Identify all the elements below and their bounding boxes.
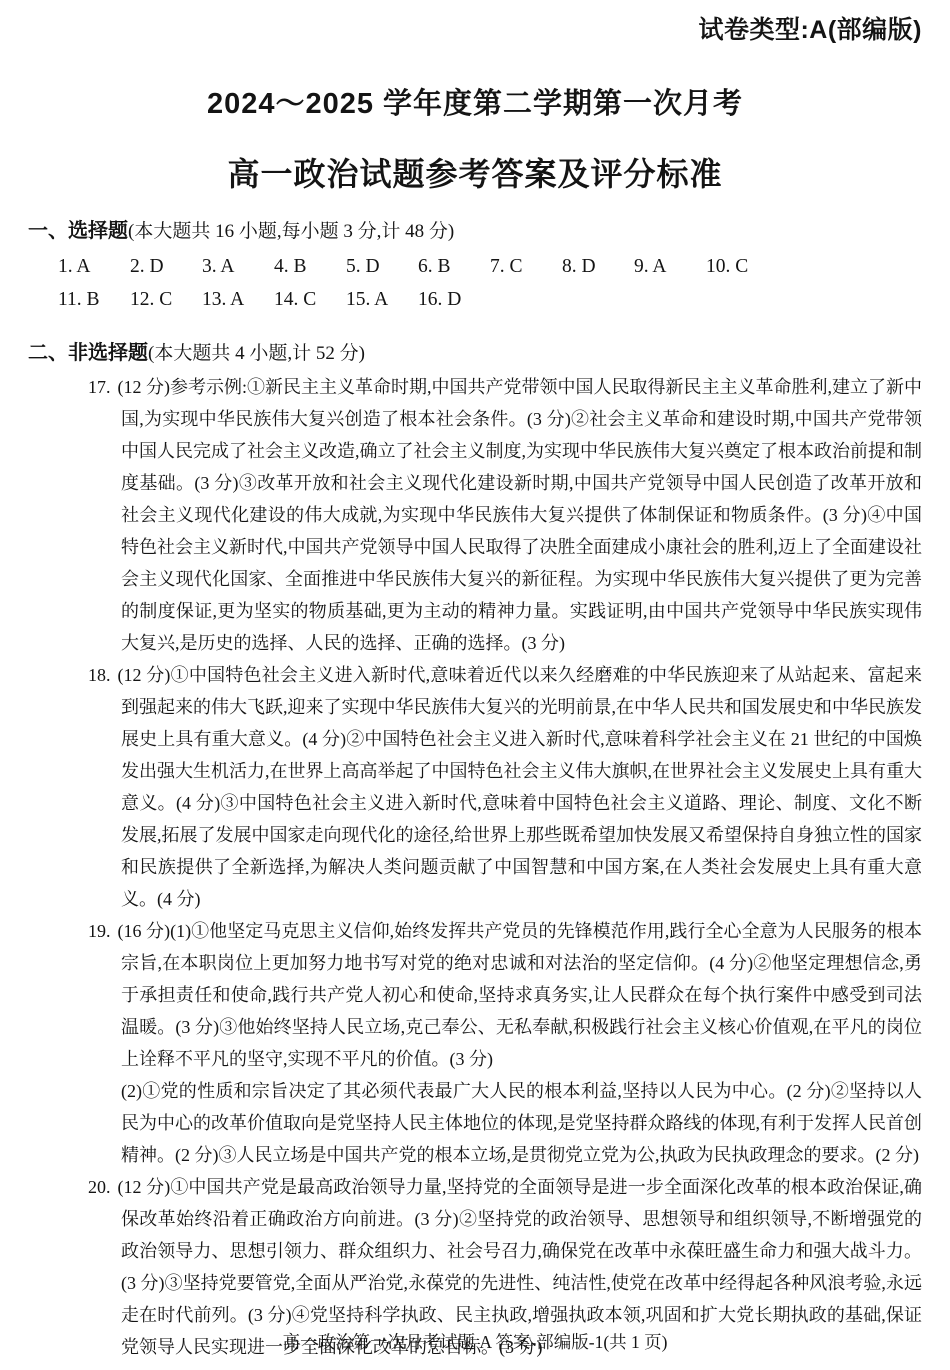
answer-item: 7. C (490, 251, 558, 283)
answer-key-title: 高一政治试题参考答案及评分标准 (28, 149, 922, 195)
answer-item: 15. A (346, 284, 414, 316)
question-answer-text: (12 分)①中国特色社会主义进入新时代,意味着近代以来久经磨难的中华民族迎来了… (118, 665, 923, 909)
answer-item: 13. A (202, 284, 270, 316)
answer-item: 12. C (130, 284, 198, 316)
question-19-answer-part2: (2)①党的性质和宗旨决定了其必须代表最广大人民的根本利益,坚持以人民为中心。(… (88, 1075, 922, 1171)
exam-title: 2024～2025 学年度第二学期第一次月考 (28, 81, 922, 122)
question-answer-text: (12 分)参考示例:①新民主主义革命时期,中国共产党带领中国人民取得新民主主义… (118, 377, 923, 653)
exam-answer-page: 试卷类型:A(部编版) 2024～2025 学年度第二学期第一次月考 高一政治试… (0, 0, 950, 1370)
noncheck-section-title: 二、非选择题 (28, 342, 148, 364)
choice-section-heading: 一、选择题(本大题共 16 小题,每小题 3 分,计 48 分) (28, 216, 922, 247)
answer-item: 1. A (58, 251, 126, 283)
question-number: 18. (88, 665, 118, 685)
answer-row-2: 11. B 12. C 13. A 14. C 15. A 16. D (58, 284, 922, 317)
question-number: 17. (88, 377, 118, 397)
answer-item: 2. D (130, 251, 198, 283)
answer-item: 11. B (58, 284, 126, 316)
answer-item: 5. D (346, 251, 414, 283)
question-17: 17.(12 分)参考示例:①新民主主义革命时期,中国共产党带领中国人民取得新民… (88, 371, 922, 659)
question-19-answer-part1: 19.(16 分)(1)①他坚定马克思主义信仰,始终发挥共产党员的先锋模范作用,… (88, 915, 922, 1075)
answer-item: 8. D (562, 251, 630, 283)
question-18: 18.(12 分)①中国特色社会主义进入新时代,意味着近代以来久经磨难的中华民族… (88, 659, 922, 915)
exam-type-label: 试卷类型:A(部编版) (28, 12, 922, 48)
choice-answers: 1. A 2. D 3. A 4. B 5. D 6. B 7. C 8. D … (58, 251, 922, 317)
answer-item: 6. B (418, 251, 486, 283)
question-19: 19.(16 分)(1)①他坚定马克思主义信仰,始终发挥共产党员的先锋模范作用,… (88, 915, 922, 1171)
noncheck-section-heading: 二、非选择题(本大题共 4 小题,计 52 分) (28, 338, 922, 369)
answer-item: 16. D (418, 284, 486, 316)
answer-item: 4. B (274, 251, 342, 283)
answer-item: 14. C (274, 284, 342, 316)
answer-item: 10. C (706, 251, 774, 283)
question-17-answer: 17.(12 分)参考示例:①新民主主义革命时期,中国共产党带领中国人民取得新民… (88, 371, 922, 659)
question-number: 20. (88, 1177, 118, 1197)
noncheck-questions: 17.(12 分)参考示例:①新民主主义革命时期,中国共产党带领中国人民取得新民… (28, 371, 922, 1363)
answer-item: 9. A (634, 251, 702, 283)
answer-item: 3. A (202, 251, 270, 283)
question-answer-text: (16 分)(1)①他坚定马克思主义信仰,始终发挥共产党员的先锋模范作用,践行全… (118, 921, 923, 1069)
question-number: 19. (88, 921, 118, 941)
page-footer: 高一政治第一次月考试题 A 答案-部编版-1(共 1 页) (0, 1329, 950, 1354)
choice-section-title: 一、选择题 (28, 220, 128, 242)
noncheck-section-note: (本大题共 4 小题,计 52 分) (148, 343, 365, 364)
answer-row-1: 1. A 2. D 3. A 4. B 5. D 6. B 7. C 8. D … (58, 251, 922, 284)
choice-section-note: (本大题共 16 小题,每小题 3 分,计 48 分) (128, 221, 454, 242)
question-18-answer: 18.(12 分)①中国特色社会主义进入新时代,意味着近代以来久经磨难的中华民族… (88, 659, 922, 915)
